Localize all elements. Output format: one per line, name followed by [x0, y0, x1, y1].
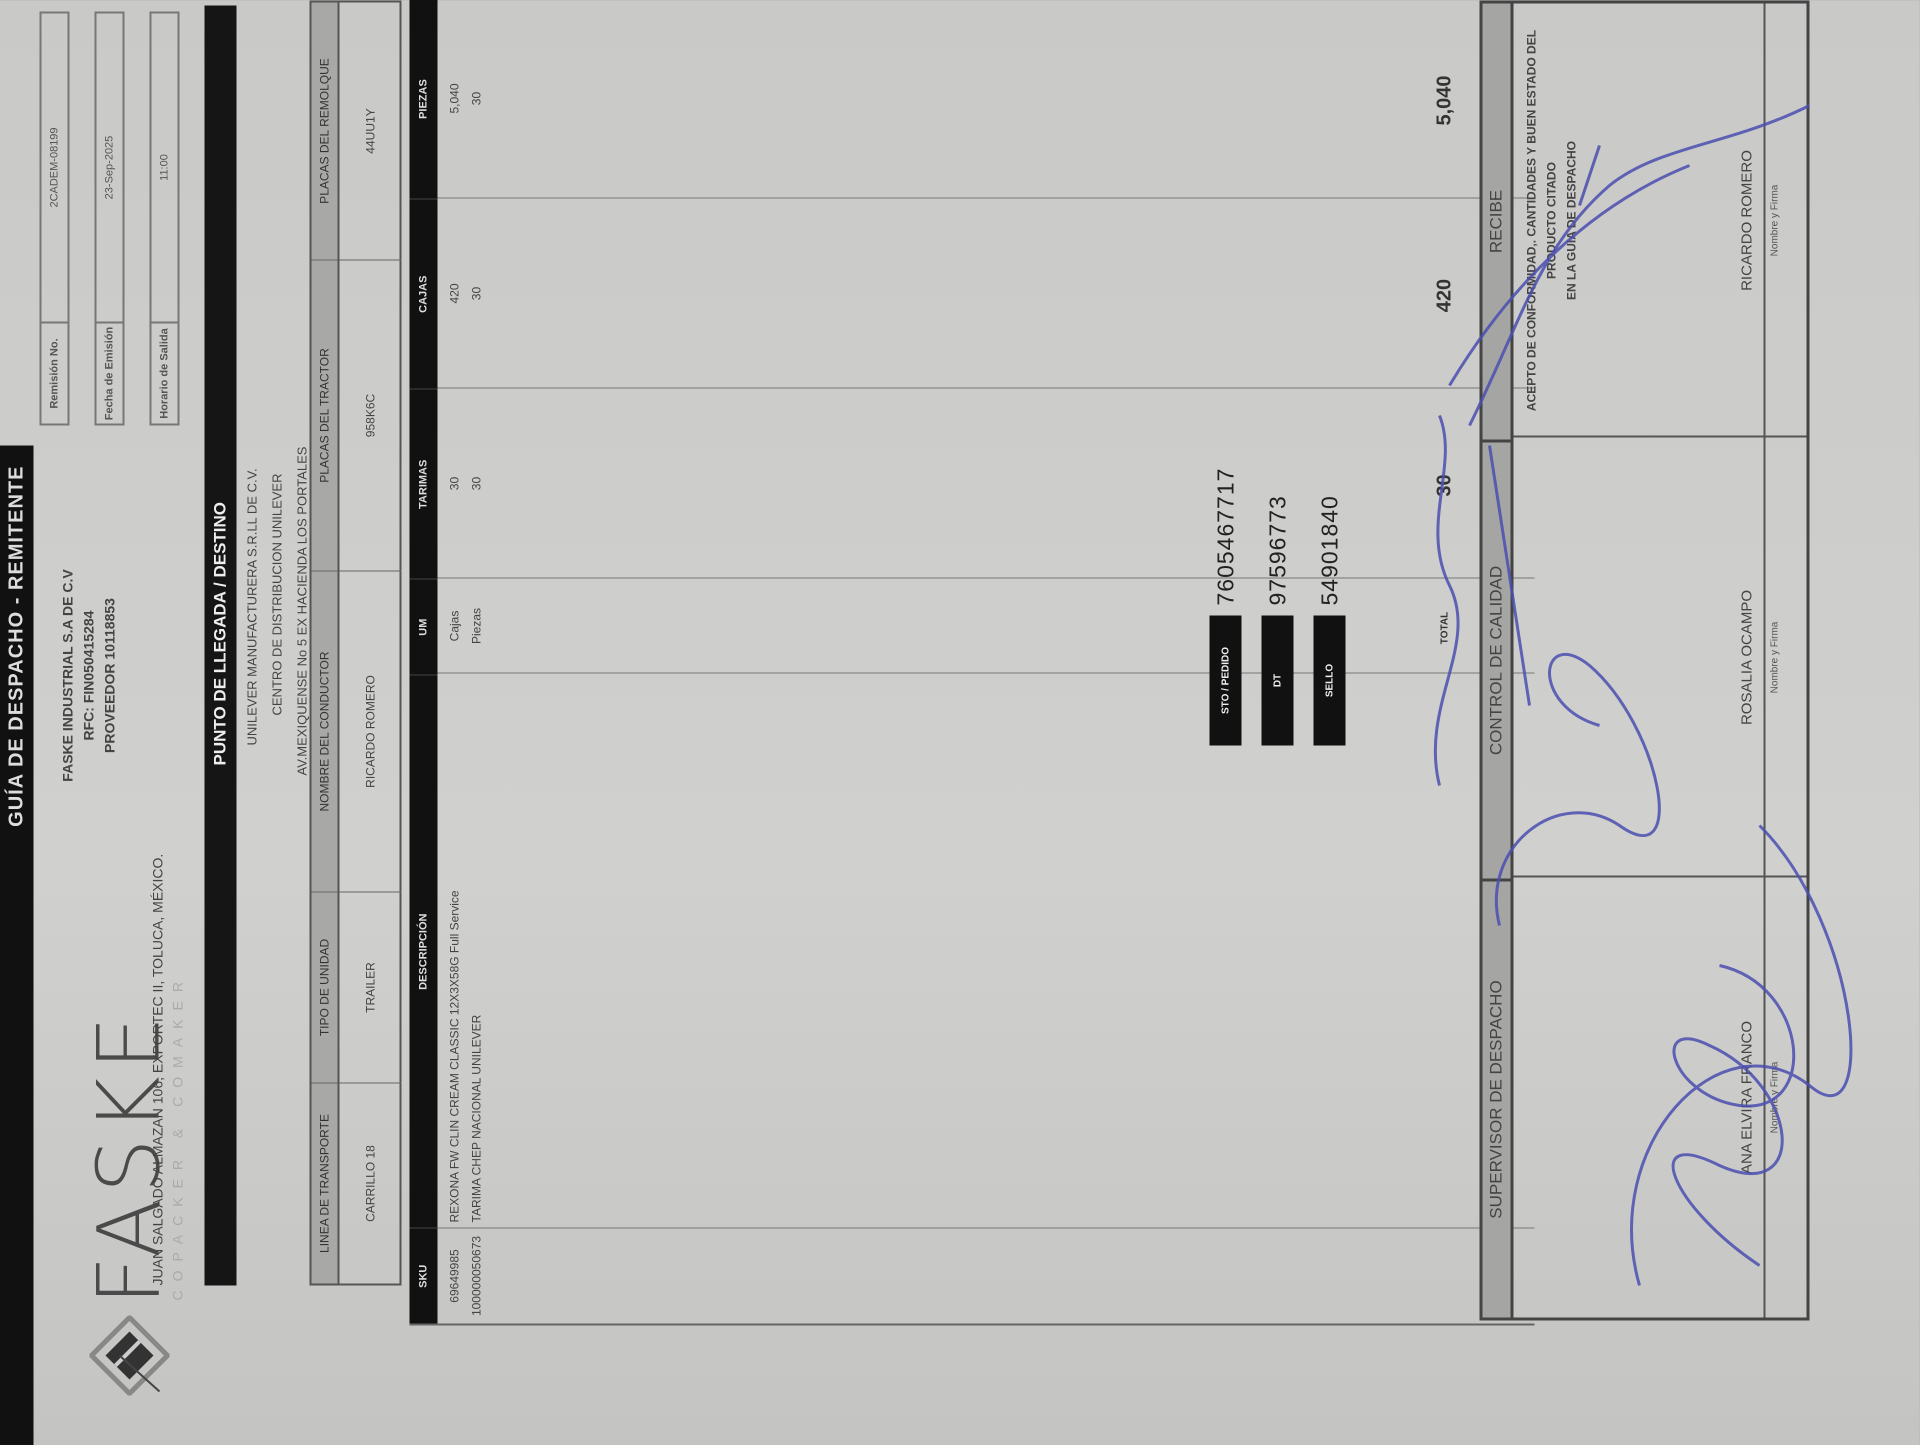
items-header-tarimas: TARIMAS — [410, 389, 438, 579]
tractor-plate-value: 958K6C — [340, 260, 402, 571]
items-header-description: DESCRIPCIÓN — [410, 674, 438, 1227]
company-rfc: RFC: FIN050415284 — [79, 546, 100, 806]
transport-header-cell: LINEA DE TRANSPORTE — [312, 1083, 338, 1284]
remission-document: GUÍA DE DESPACHO - REMITENTE FASKE COPAC… — [0, 1, 1920, 1445]
signature-col-receiver: ACEPTO DE CONFORMIDAD,. CANTIDADES Y BUE… — [1514, 4, 1807, 438]
total-piezas: 5,040 — [1433, 1, 1456, 201]
item-tarimas: 30 — [448, 389, 462, 579]
driver-name-value: RICARDO ROMERO — [340, 571, 402, 892]
item-piezas: 30 — [470, 0, 484, 199]
totals-label: TOTAL — [1439, 581, 1450, 676]
items-header-cajas: CAJAS — [410, 199, 438, 389]
receiver-name: RICARDO ROMERO — [1739, 4, 1756, 438]
transport-table: LINEA DE TRANSPORTE TIPO DE UNIDAD NOMBR… — [310, 1, 402, 1286]
departure-time-label: Horario de Salida — [152, 322, 178, 424]
items-header-row: SKU DESCRIPCIÓN UM TARIMAS CAJAS PIEZAS — [410, 0, 438, 1324]
issue-date-box: Fecha de Emisión 23-Sep-2025 — [95, 12, 125, 426]
totals-row: TOTAL 30 420 5,040 — [1410, 1, 1480, 1326]
seal-value: 54901840 — [1316, 495, 1343, 605]
total-tarimas: 30 — [1433, 391, 1456, 581]
item-tarimas: 30 — [470, 389, 484, 579]
destination-title: PUNTO DE LLEGADA / DESTINO — [211, 502, 231, 766]
sto-order-value: 7605467717 — [1212, 468, 1239, 606]
item-sku: 69649985 — [448, 1229, 462, 1324]
acceptance-text: ACEPTO DE CONFORMIDAD,. CANTIDADES Y BUE… — [1522, 4, 1582, 438]
quality-control-name: ROSALIA OCAMPO — [1739, 438, 1756, 878]
transport-header-cell: PLACAS DEL REMOLQUE — [312, 3, 338, 260]
item-description: TARIMA CHEP NACIONAL UNILEVER — [470, 674, 484, 1229]
company-name: FASKE INDUSTRIAL S.A DE C.V — [58, 546, 79, 806]
acceptance-text-line: ACEPTO DE CONFORMIDAD,. CANTIDADES Y BUE… — [1522, 4, 1562, 438]
transport-value-row: CARRILLO 18 TRAILER RICARDO ROMERO 958K6… — [340, 3, 402, 1284]
items-header-piezas: PIEZAS — [410, 0, 438, 199]
unit-type-value: TRAILER — [340, 892, 402, 1083]
item-um: Cajas — [448, 579, 462, 674]
destination-line: CENTRO DE DISTRIBUCION UNILEVER — [265, 176, 290, 1276]
signature-header-dispatch: SUPERVISOR DE DESPACHO — [1483, 879, 1511, 1318]
item-cajas: 30 — [470, 199, 484, 389]
logo-tagline: COPACKER & COMAKER — [170, 973, 186, 1300]
receiver-sub: Nombre y Firma — [1770, 4, 1781, 438]
dispatch-supervisor-name: ANA ELVIRA FRANCO — [1739, 878, 1756, 1318]
item-row: 69649985 REXONA FW CLIN CREAM CLASSIC 12… — [444, 0, 466, 1324]
sto-order-label: STO / PEDIDO — [1210, 616, 1242, 746]
transport-header-cell: TIPO DE UNIDAD — [312, 892, 338, 1083]
trailer-plate-value: 44UU1Y — [340, 3, 402, 260]
departure-time-value: 11:00 — [152, 14, 178, 322]
items-header-sku: SKU — [410, 1228, 438, 1324]
item-piezas: 5,040 — [448, 0, 462, 199]
destination-line: UNILEVER MANUFACTURERA S.R.LL DE C.V. — [240, 176, 265, 1276]
items-header-um: UM — [410, 579, 438, 675]
item-sku: 100000050673 — [470, 1229, 484, 1324]
remission-number-label: Remisión No. — [42, 322, 68, 424]
issue-date-value: 23-Sep-2025 — [97, 14, 123, 322]
document-title-strip: GUÍA DE DESPACHO - REMITENTE — [0, 446, 34, 1445]
dt-label: DT — [1262, 616, 1294, 746]
item-um: Piezas — [470, 579, 484, 674]
items-table: SKU DESCRIPCIÓN UM TARIMAS CAJAS PIEZAS … — [410, 0, 1535, 1326]
sender-address: JUAN SALGADO ALMAZAN 106, EXPORTEC II, T… — [150, 854, 166, 1286]
signature-col-dispatch: ANA ELVIRA FRANCO Nombre y Firma — [1514, 876, 1807, 1318]
signature-header-row: SUPERVISOR DE DESPACHO CONTROL DE CALIDA… — [1483, 4, 1514, 1318]
dt-ref: DT 97596773 — [1262, 495, 1294, 745]
transport-header-row: LINEA DE TRANSPORTE TIPO DE UNIDAD NOMBR… — [312, 3, 340, 1284]
dt-value: 97596773 — [1264, 495, 1291, 605]
provider-number: PROVEEDOR 10118853 — [100, 546, 121, 806]
dispatch-supervisor-sub: Nombre y Firma — [1770, 878, 1781, 1318]
item-cajas: 420 — [448, 199, 462, 389]
departure-time-box: Horario de Salida 11:00 — [150, 12, 180, 426]
seal-ref: SELLO 54901840 — [1314, 495, 1346, 745]
issue-date-label: Fecha de Emisión — [97, 322, 123, 424]
total-cajas: 420 — [1433, 201, 1456, 391]
transport-header-cell: PLACAS DEL TRACTOR — [312, 260, 338, 571]
signature-col-quality: ROSALIA OCAMPO Nombre y Firma — [1514, 436, 1807, 878]
remission-number-box: Remisión No. 2CADEM-08199 — [40, 12, 70, 426]
company-block: FASKE INDUSTRIAL S.A DE C.V RFC: FIN0504… — [58, 546, 121, 806]
destination-header: PUNTO DE LLEGADA / DESTINO — [205, 6, 237, 1286]
transport-line-value: CARRILLO 18 — [340, 1083, 402, 1284]
remission-number-value: 2CADEM-08199 — [42, 14, 68, 322]
item-description: REXONA FW CLIN CREAM CLASSIC 12X3X58G Fu… — [448, 674, 462, 1229]
seal-label: SELLO — [1314, 616, 1346, 746]
acceptance-text-line: EN LA GUIA DE DESPACHO — [1562, 4, 1582, 438]
faske-logo: FASKE COPACKER & COMAKER — [70, 856, 190, 1416]
document-title: GUÍA DE DESPACHO - REMITENTE — [5, 466, 28, 827]
sto-order-ref: STO / PEDIDO 7605467717 — [1210, 468, 1242, 746]
faske-diamond-icon — [90, 1316, 170, 1396]
transport-header-cell: NOMBRE DEL CONDUCTOR — [312, 571, 338, 892]
signature-section: SUPERVISOR DE DESPACHO CONTROL DE CALIDA… — [1480, 1, 1810, 1321]
item-row: 100000050673 TARIMA CHEP NACIONAL UNILEV… — [466, 0, 488, 1324]
signature-header-quality: CONTROL DE CALIDAD — [1483, 440, 1511, 879]
quality-control-sub: Nombre y Firma — [1770, 438, 1781, 878]
signature-header-receiver: RECIBE — [1483, 4, 1511, 440]
